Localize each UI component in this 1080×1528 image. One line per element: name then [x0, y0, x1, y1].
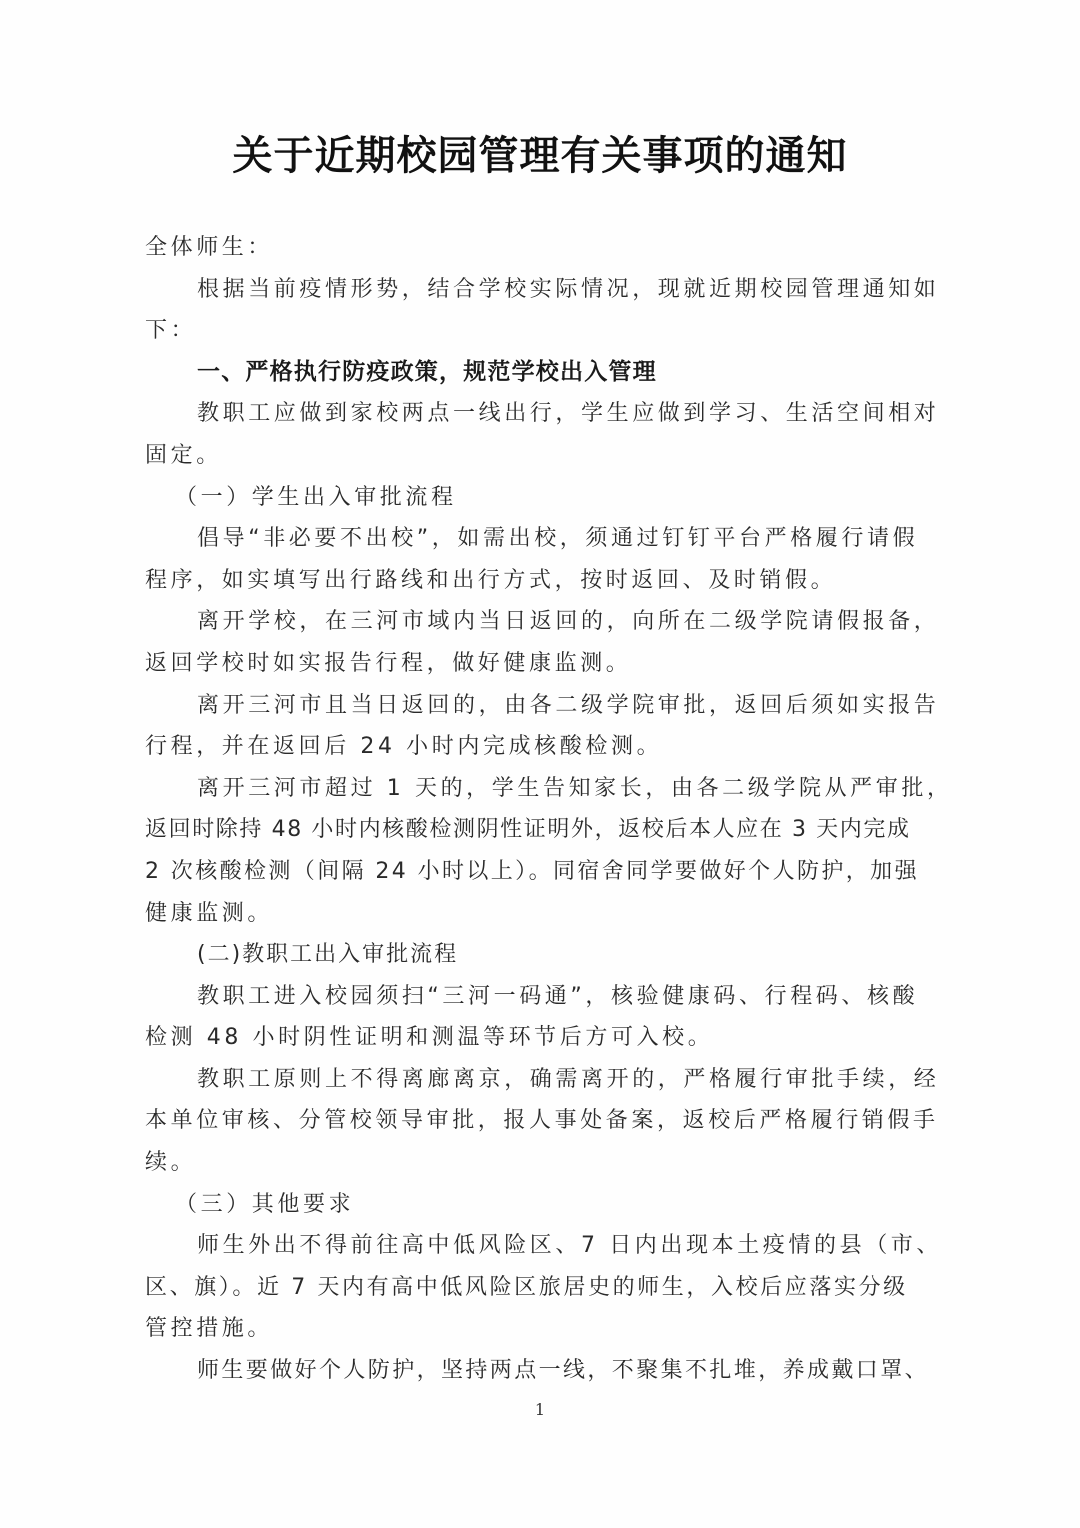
paragraph-line: 根据当前疫情形势，结合学校实际情况，现就近期校园管理通知如: [145, 269, 940, 311]
subsection-paragraph: 师生要做好个人防护，坚持两点一线，不聚集不扎堆，养成戴口罩、: [145, 1350, 940, 1392]
paragraph-line: 管控措施。: [145, 1308, 940, 1350]
paragraph-line: 续。: [145, 1142, 940, 1184]
subsection-paragraph: 离开三河市超过 1 天的，学生告知家长，由各二级学院从严审批， 返回时除持 48…: [145, 768, 940, 934]
paragraph-line: 教职工应做到家校两点一线出行，学生应做到学习、生活空间相对: [145, 393, 940, 435]
paragraph-line: 离开学校，在三河市域内当日返回的，向所在二级学院请假报备，: [145, 601, 940, 643]
subsection-paragraph: 教职工原则上不得离廊离京，确需离开的，严格履行审批手续，经 本单位审核、分管校领…: [145, 1059, 940, 1184]
subsection-paragraph: 师生外出不得前往高中低风险区、7 日内出现本土疫情的县（市、 区、旗）。近 7 …: [145, 1225, 940, 1350]
subsection-heading: (二)教职工出入审批流程: [145, 934, 940, 976]
section-heading: 一、严格执行防疫政策，规范学校出入管理: [145, 352, 940, 394]
paragraph-line: 区、旗）。近 7 天内有高中低风险区旅居史的师生，入校后应落实分级: [145, 1267, 940, 1309]
document-title: 关于近期校园管理有关事项的通知: [0, 128, 1080, 184]
salutation: 全体师生：: [145, 227, 940, 269]
paragraph-line: 教职工进入校园须扫“三河一码通”，核验健康码、行程码、核酸: [145, 976, 940, 1018]
paragraph-line: 行程，并在返回后 24 小时内完成核酸检测。: [145, 726, 940, 768]
subsection-heading: （三）其他要求: [145, 1184, 940, 1226]
paragraph-line: 返回时除持 48 小时内核酸检测阴性证明外，返校后本人应在 3 天内完成: [145, 809, 940, 851]
subsection-heading: （一）学生出入审批流程: [145, 477, 940, 519]
paragraph-line: 本单位审核、分管校领导审批，报人事处备案，返校后严格履行销假手: [145, 1100, 940, 1142]
paragraph-line: 下：: [145, 310, 940, 352]
section-paragraph: 教职工应做到家校两点一线出行，学生应做到学习、生活空间相对 固定。: [145, 393, 940, 476]
paragraph-line: 师生要做好个人防护，坚持两点一线，不聚集不扎堆，养成戴口罩、: [145, 1350, 940, 1392]
paragraph-line: 返回学校时如实报告行程，做好健康监测。: [145, 643, 940, 685]
paragraph-line: 程序，如实填写出行路线和出行方式，按时返回、及时销假。: [145, 560, 940, 602]
intro-paragraph: 根据当前疫情形势，结合学校实际情况，现就近期校园管理通知如 下：: [145, 269, 940, 352]
paragraph-line: 健康监测。: [145, 893, 940, 935]
paragraph-line: 离开三河市超过 1 天的，学生告知家长，由各二级学院从严审批，: [145, 768, 940, 810]
subsection-paragraph: 倡导“非必要不出校”，如需出校，须通过钉钉平台严格履行请假 程序，如实填写出行路…: [145, 518, 940, 601]
paragraph-line: 师生外出不得前往高中低风险区、7 日内出现本土疫情的县（市、: [145, 1225, 940, 1267]
paragraph-line: 检测 48 小时阴性证明和测温等环节后方可入校。: [145, 1017, 940, 1059]
paragraph-line: 2 次核酸检测（间隔 24 小时以上）。同宿舍同学要做好个人防护，加强: [145, 851, 940, 893]
paragraph-line: 离开三河市且当日返回的，由各二级学院审批，返回后须如实报告: [145, 685, 940, 727]
subsection-paragraph: 教职工进入校园须扫“三河一码通”，核验健康码、行程码、核酸 检测 48 小时阴性…: [145, 976, 940, 1059]
paragraph-line: 倡导“非必要不出校”，如需出校，须通过钉钉平台严格履行请假: [145, 518, 940, 560]
paragraph-line: 固定。: [145, 435, 940, 477]
document-body: 全体师生： 根据当前疫情形势，结合学校实际情况，现就近期校园管理通知如 下： 一…: [145, 227, 940, 1392]
subsection-paragraph: 离开学校，在三河市域内当日返回的，向所在二级学院请假报备， 返回学校时如实报告行…: [145, 601, 940, 684]
page-number: 1: [0, 1400, 1080, 1419]
paragraph-line: 教职工原则上不得离廊离京，确需离开的，严格履行审批手续，经: [145, 1059, 940, 1101]
document-page: 关于近期校园管理有关事项的通知 全体师生： 根据当前疫情形势，结合学校实际情况，…: [0, 0, 1080, 1528]
subsection-paragraph: 离开三河市且当日返回的，由各二级学院审批，返回后须如实报告 行程，并在返回后 2…: [145, 685, 940, 768]
